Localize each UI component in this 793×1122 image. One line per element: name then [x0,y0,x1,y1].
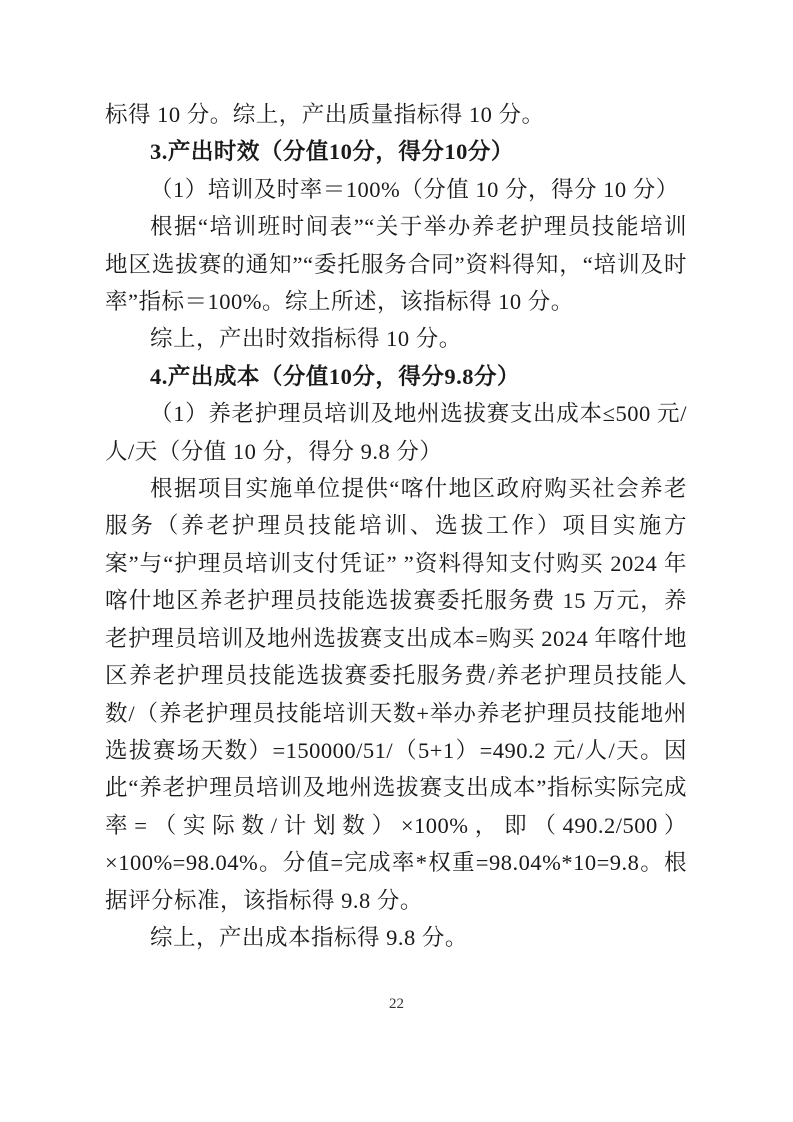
paragraph-cost-conclusion: 综上，产出成本指标得 9.8 分。 [105,919,687,956]
paragraph-output-quality-conclusion: 标得 10 分。综上，产出质量指标得 10 分。 [105,96,687,133]
paragraph-cost-indicator: （1）养老护理员培训及地州选拔赛支出成本≤500 元/人/天（分值 10 分，得… [105,395,687,470]
paragraph-timeliness-conclusion: 综上，产出时效指标得 10 分。 [105,320,687,357]
document-body: 标得 10 分。综上，产出质量指标得 10 分。 3.产出时效（分值10分，得分… [105,96,687,956]
document-page: 标得 10 分。综上，产出质量指标得 10 分。 3.产出时效（分值10分，得分… [0,0,793,1122]
paragraph-timeliness-evidence: 根据“培训班时间表”“关于举办养老护理员技能培训地区选拔赛的通知”“委托服务合同… [105,208,687,320]
section-heading-output-cost: 4.产出成本（分值10分，得分9.8分） [105,358,687,395]
section-heading-output-timeliness: 3.产出时效（分值10分，得分10分） [105,133,687,170]
paragraph-training-timeliness-rate: （1）培训及时率＝100%（分值 10 分，得分 10 分） [105,171,687,208]
paragraph-cost-calculation: 根据项目实施单位提供“喀什地区政府购买社会养老服务（养老护理员技能培训、选拔工作… [105,470,687,919]
page-number: 22 [0,996,793,1013]
